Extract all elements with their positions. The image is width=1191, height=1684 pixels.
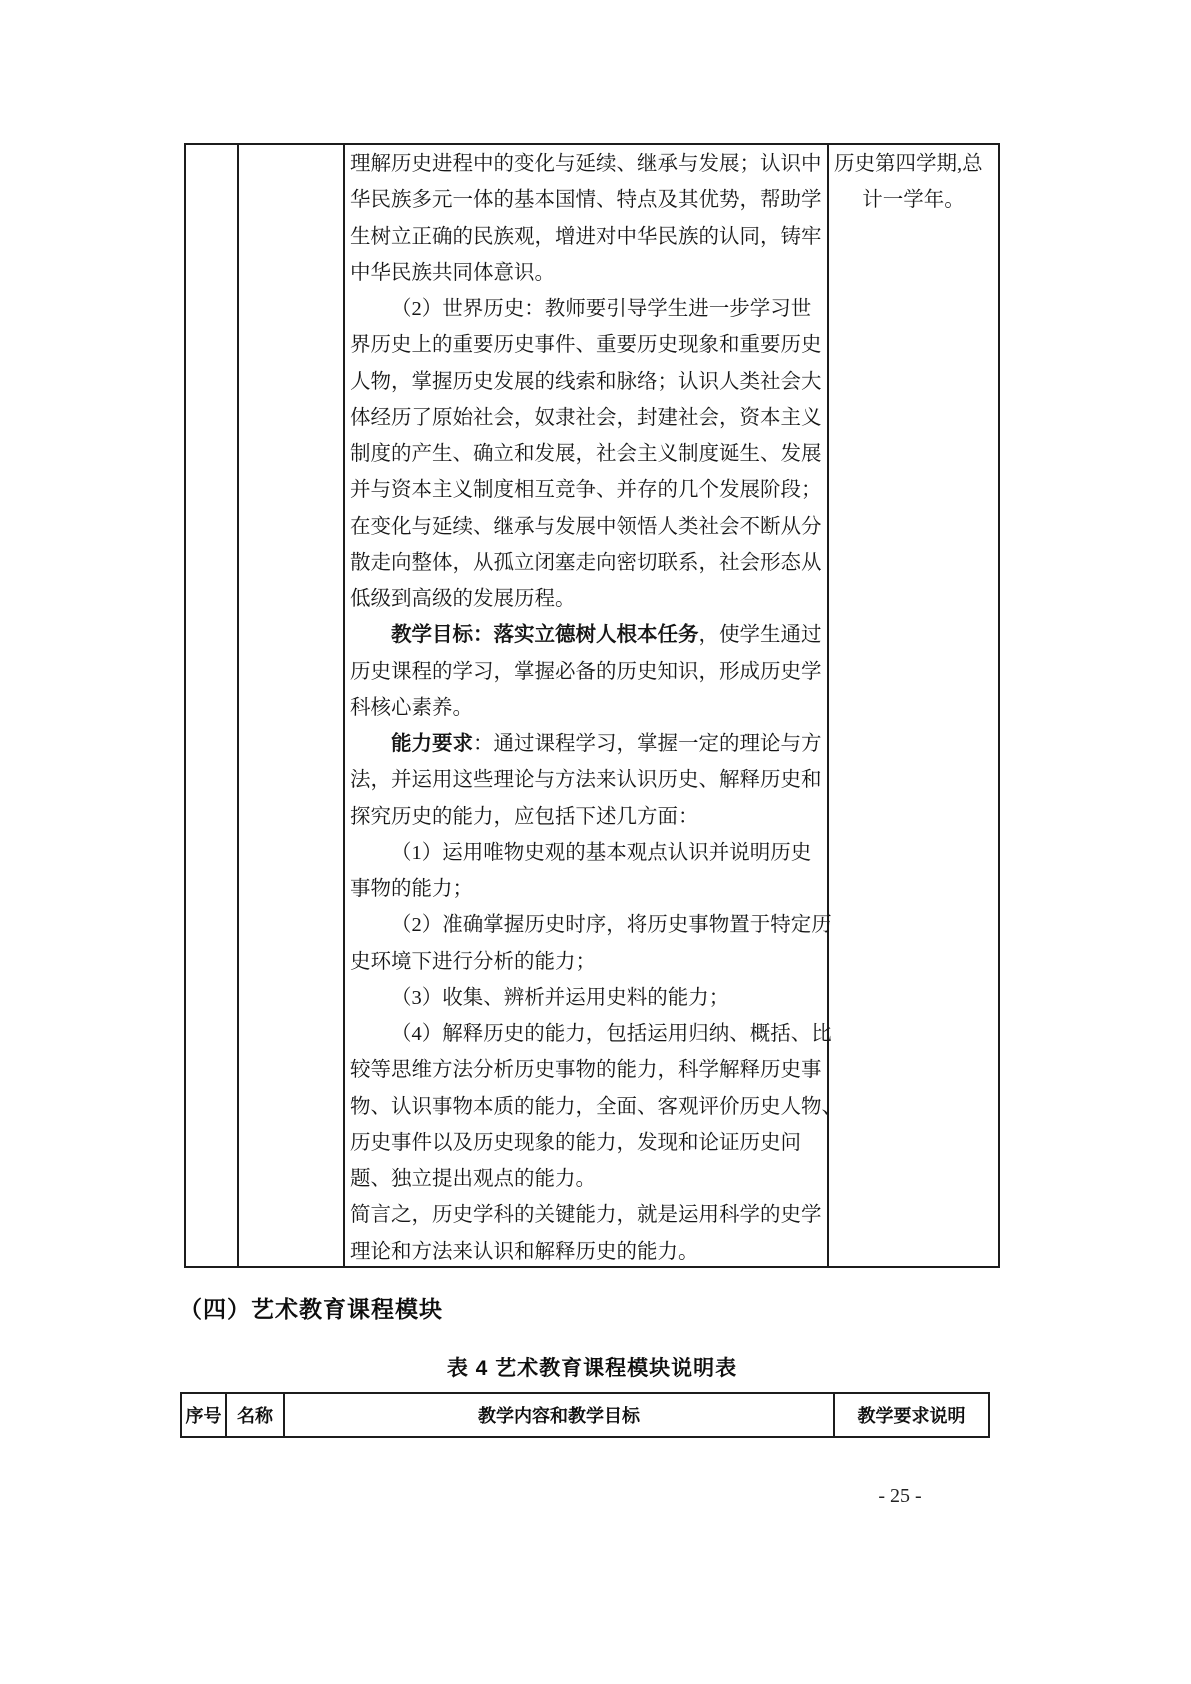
section-heading: （四）艺术教育课程模块 bbox=[179, 1291, 443, 1324]
text-line: 理论和方法来认识和解释历史的能力。 bbox=[350, 1234, 825, 1270]
text-segment: 科核心素养。 bbox=[350, 697, 473, 719]
schedule-note-line: 计一学年。 bbox=[834, 182, 993, 218]
text-line: 较等思维方法分析历史事物的能力，科学解释历史事 bbox=[350, 1052, 825, 1088]
table-caption: 表 4 艺术教育课程模块说明表 bbox=[184, 1352, 1000, 1382]
text-segment: 华民族多元一体的基本国情、特点及其优势，帮助学 bbox=[350, 189, 822, 211]
text-line: 低级到高级的发展历程。 bbox=[350, 581, 825, 617]
text-line: 生树立正确的民族观，增进对中华民族的认同，铸牢 bbox=[350, 219, 825, 255]
text-line: 事物的能力； bbox=[350, 871, 825, 907]
text-line: 科核心素养。 bbox=[350, 690, 825, 726]
document-page: 理解历史进程中的变化与延续、继承与发展；认识中华民族多元一体的基本国情、特点及其… bbox=[0, 0, 1191, 1684]
teaching-requirement-cell: 历史第四学期,总 计一学年。 bbox=[829, 145, 998, 1266]
text-line: 华民族多元一体的基本国情、特点及其优势，帮助学 bbox=[350, 182, 825, 218]
text-segment: 史环境下进行分析的能力； bbox=[350, 951, 596, 973]
text-line: 历史事件以及历史现象的能力，发现和论证历史问 bbox=[350, 1125, 825, 1161]
text-segment: 中华民族共同体意识。 bbox=[350, 262, 555, 284]
column-header-requirements: 教学要求说明 bbox=[835, 1394, 988, 1436]
text-line: 在变化与延续、继承与发展中领悟人类社会不断从分 bbox=[350, 509, 825, 545]
text-line: 界历史上的重要历史事件、重要历史现象和重要历史 bbox=[350, 327, 825, 363]
text-line: （1）运用唯物史观的基本观点认识并说明历史 bbox=[350, 835, 825, 871]
text-segment: （4）解释历史的能力，包括运用归纳、概括、比 bbox=[391, 1023, 832, 1045]
text-segment: 制度的产生、确立和发展，社会主义制度诞生、发展 bbox=[350, 443, 822, 465]
text-segment: 事物的能力； bbox=[350, 878, 473, 900]
column-header-content-goals: 教学内容和教学目标 bbox=[285, 1394, 835, 1436]
page-number: - 25 - bbox=[852, 1485, 948, 1508]
text-segment: 体经历了原始社会，奴隶社会，封建社会，资本主义 bbox=[350, 407, 822, 429]
text-segment: （2）世界历史：教师要引导学生进一步学习世 bbox=[391, 298, 811, 320]
text-segment: 人物，掌握历史发展的线索和脉络；认识人类社会大 bbox=[350, 371, 822, 393]
text-line: （2）世界历史：教师要引导学生进一步学习世 bbox=[350, 291, 825, 327]
schedule-note-line: 历史第四学期,总 bbox=[834, 146, 993, 182]
column-header-serial: 序号 bbox=[182, 1394, 227, 1436]
course-name-cell bbox=[239, 145, 345, 1266]
text-segment: 在变化与延续、继承与发展中领悟人类社会不断从分 bbox=[350, 516, 822, 538]
text-segment: 探究历史的能力，应包括下述几方面： bbox=[350, 806, 699, 828]
text-segment: 并与资本主义制度相互竞争、并存的几个发展阶段； bbox=[350, 479, 822, 501]
text-line: 人物，掌握历史发展的线索和脉络；认识人类社会大 bbox=[350, 364, 825, 400]
text-line: 史环境下进行分析的能力； bbox=[350, 944, 825, 980]
bold-text-segment: 教学目标：落实立德树人根本任务 bbox=[391, 624, 699, 646]
text-line: （3）收集、辨析并运用史料的能力； bbox=[350, 980, 825, 1016]
text-segment: （2）准确掌握历史时序，将历史事物置于特定历 bbox=[391, 914, 832, 936]
text-line: 历史课程的学习，掌握必备的历史知识，形成历史学 bbox=[350, 654, 825, 690]
text-segment: 法，并运用这些理论与方法来认识历史、解释历史和 bbox=[350, 769, 822, 791]
text-line: （2）准确掌握历史时序，将历史事物置于特定历 bbox=[350, 907, 825, 943]
text-line: 制度的产生、确立和发展，社会主义制度诞生、发展 bbox=[350, 436, 825, 472]
text-segment: 理解历史进程中的变化与延续、继承与发展；认识中 bbox=[350, 153, 822, 175]
text-line: 中华民族共同体意识。 bbox=[350, 255, 825, 291]
text-line: （4）解释历史的能力，包括运用归纳、概括、比 bbox=[350, 1016, 825, 1052]
text-line: 探究历史的能力，应包括下述几方面： bbox=[350, 799, 825, 835]
bold-text-segment: 能力要求 bbox=[391, 733, 473, 755]
serial-number-cell bbox=[186, 145, 239, 1266]
text-line: 简言之，历史学科的关键能力，就是运用科学的史学 bbox=[350, 1197, 825, 1233]
text-segment: 生树立正确的民族观，增进对中华民族的认同，铸牢 bbox=[350, 226, 822, 248]
art-module-table-header: 序号 名称 教学内容和教学目标 教学要求说明 bbox=[180, 1392, 990, 1438]
text-segment: 散走向整体，从孤立闭塞走向密切联系，社会形态从 bbox=[350, 552, 822, 574]
text-line: 体经历了原始社会，奴隶社会，封建社会，资本主义 bbox=[350, 400, 825, 436]
text-segment: 较等思维方法分析历史事物的能力，科学解释历史事 bbox=[350, 1059, 822, 1081]
text-line: 题、独立提出观点的能力。 bbox=[350, 1161, 825, 1197]
text-line: 散走向整体，从孤立闭塞走向密切联系，社会形态从 bbox=[350, 545, 825, 581]
teaching-content-cell: 理解历史进程中的变化与延续、继承与发展；认识中华民族多元一体的基本国情、特点及其… bbox=[345, 145, 829, 1266]
text-segment: 界历史上的重要历史事件、重要历史现象和重要历史 bbox=[350, 334, 822, 356]
text-segment: 历史课程的学习，掌握必备的历史知识，形成历史学 bbox=[350, 661, 822, 683]
text-segment: 题、独立提出观点的能力。 bbox=[350, 1168, 596, 1190]
column-header-name: 名称 bbox=[227, 1394, 285, 1436]
text-segment: ，使学生通过 bbox=[699, 624, 822, 646]
text-line: 法，并运用这些理论与方法来认识历史、解释历史和 bbox=[350, 762, 825, 798]
text-segment: 理论和方法来认识和解释历史的能力。 bbox=[350, 1241, 699, 1263]
text-segment: ：通过课程学习，掌握一定的理论与方 bbox=[473, 733, 822, 755]
text-segment: 低级到高级的发展历程。 bbox=[350, 588, 576, 610]
text-line: 物、认识事物本质的能力，全面、客观评价历史人物、 bbox=[350, 1089, 825, 1125]
text-segment: 历史事件以及历史现象的能力，发现和论证历史问 bbox=[350, 1132, 801, 1154]
text-line: 教学目标：落实立德树人根本任务，使学生通过 bbox=[350, 617, 825, 653]
text-segment: 物、认识事物本质的能力，全面、客观评价历史人物、 bbox=[350, 1096, 842, 1118]
text-segment: 简言之，历史学科的关键能力，就是运用科学的史学 bbox=[350, 1204, 822, 1226]
history-module-table-continued: 理解历史进程中的变化与延续、继承与发展；认识中华民族多元一体的基本国情、特点及其… bbox=[184, 143, 1000, 1268]
text-line: 能力要求：通过课程学习，掌握一定的理论与方 bbox=[350, 726, 825, 762]
text-line: 理解历史进程中的变化与延续、继承与发展；认识中 bbox=[350, 146, 825, 182]
text-segment: （3）收集、辨析并运用史料的能力； bbox=[391, 987, 729, 1009]
text-line: 并与资本主义制度相互竞争、并存的几个发展阶段； bbox=[350, 472, 825, 508]
text-segment: （1）运用唯物史观的基本观点认识并说明历史 bbox=[391, 842, 811, 864]
